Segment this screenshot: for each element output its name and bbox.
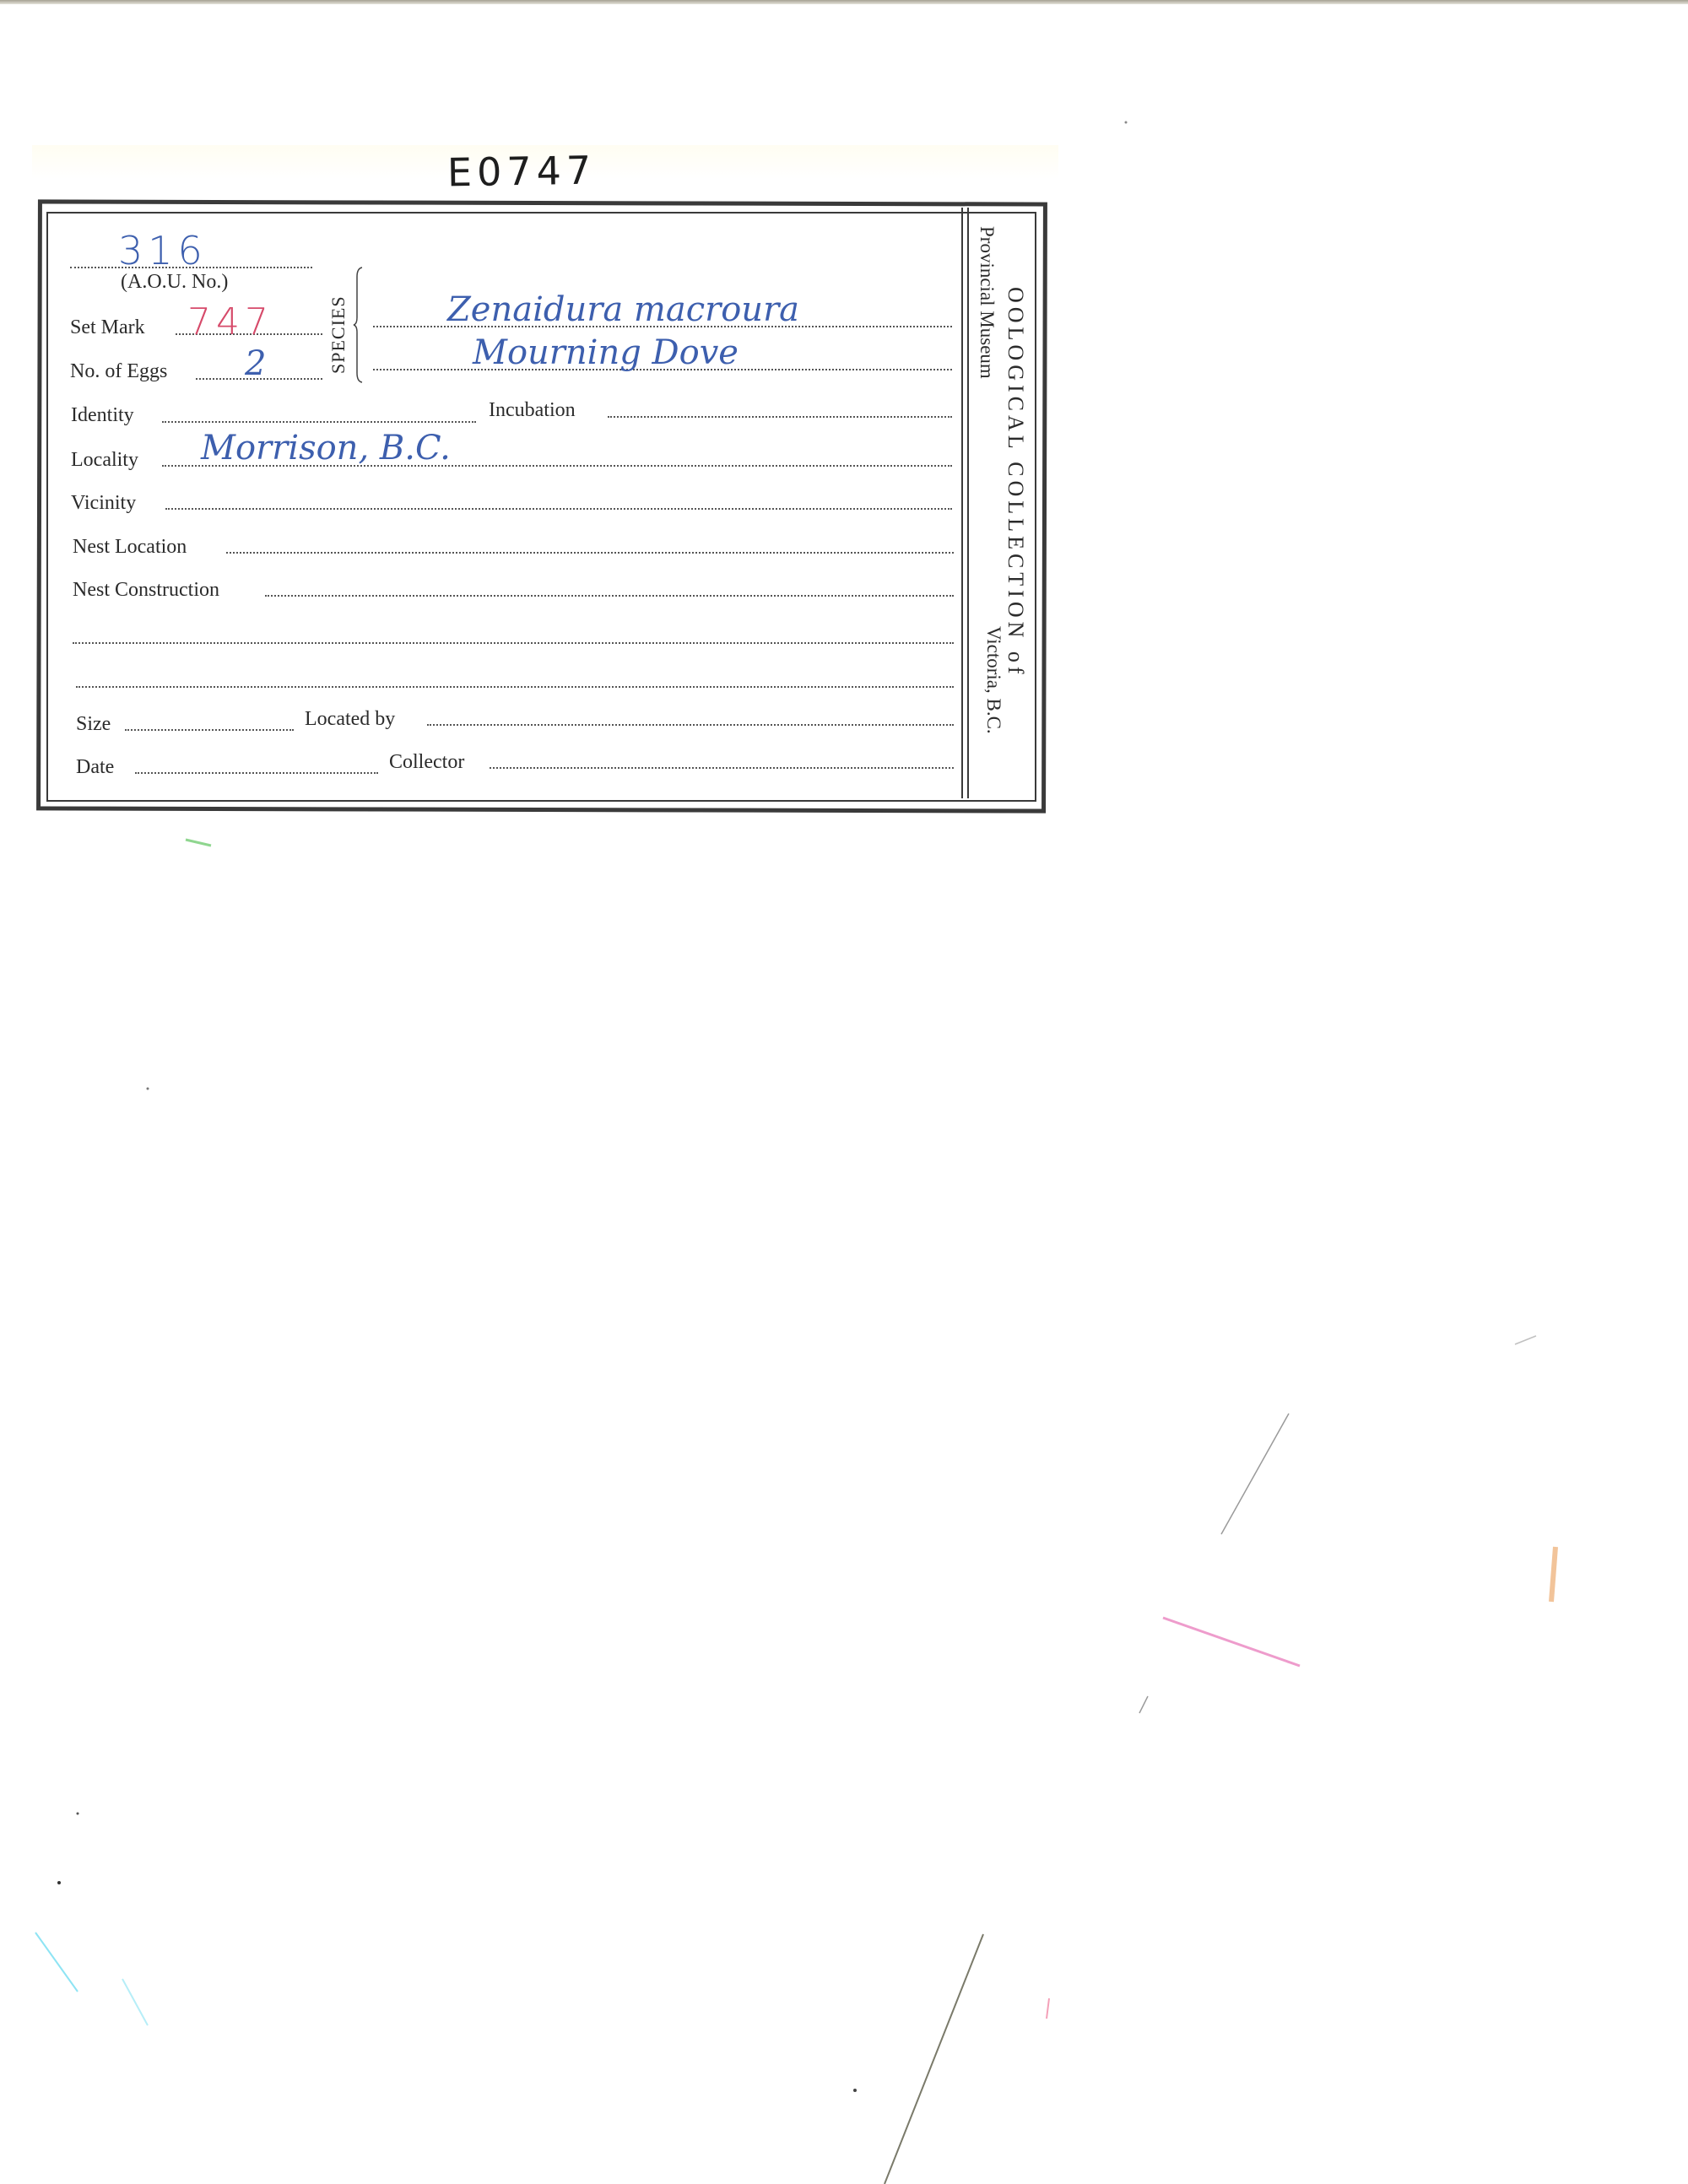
scan-artifacts — [0, 0, 1688, 2184]
